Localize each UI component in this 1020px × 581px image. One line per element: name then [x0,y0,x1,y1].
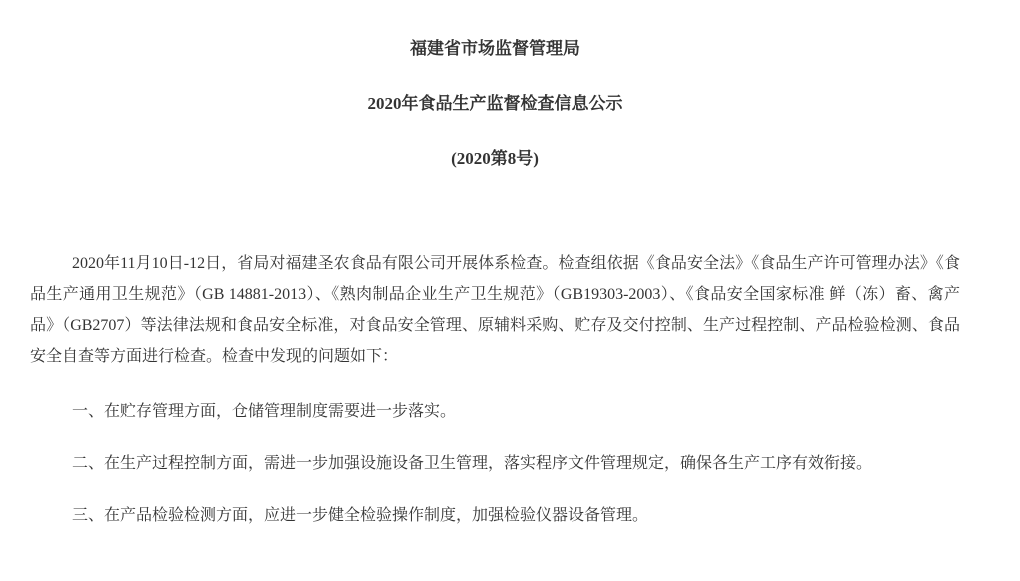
finding-item-3: 三、在产品检验检测方面，应进一步健全检验操作制度，加强检验仪器设备管理。 [30,500,960,531]
notice-document: 福建省市场监督管理局 2020年食品生产监督检查信息公示 (2020第8号) 2… [0,0,1020,581]
finding-item-2: 二、在生产过程控制方面，需进一步加强设施设备卫生管理，落实程序文件管理规定，确保… [30,448,960,479]
intro-paragraph: 2020年11月10日-12日，省局对福建圣农食品有限公司开展体系检查。检查组依… [30,248,960,372]
doc-number: (2020第8号) [30,148,960,170]
finding-item-1: 一、在贮存管理方面，仓储管理制度需要进一步落实。 [30,396,960,427]
org-title: 福建省市场监督管理局 [30,38,960,60]
notice-title: 2020年食品生产监督检查信息公示 [30,93,960,115]
